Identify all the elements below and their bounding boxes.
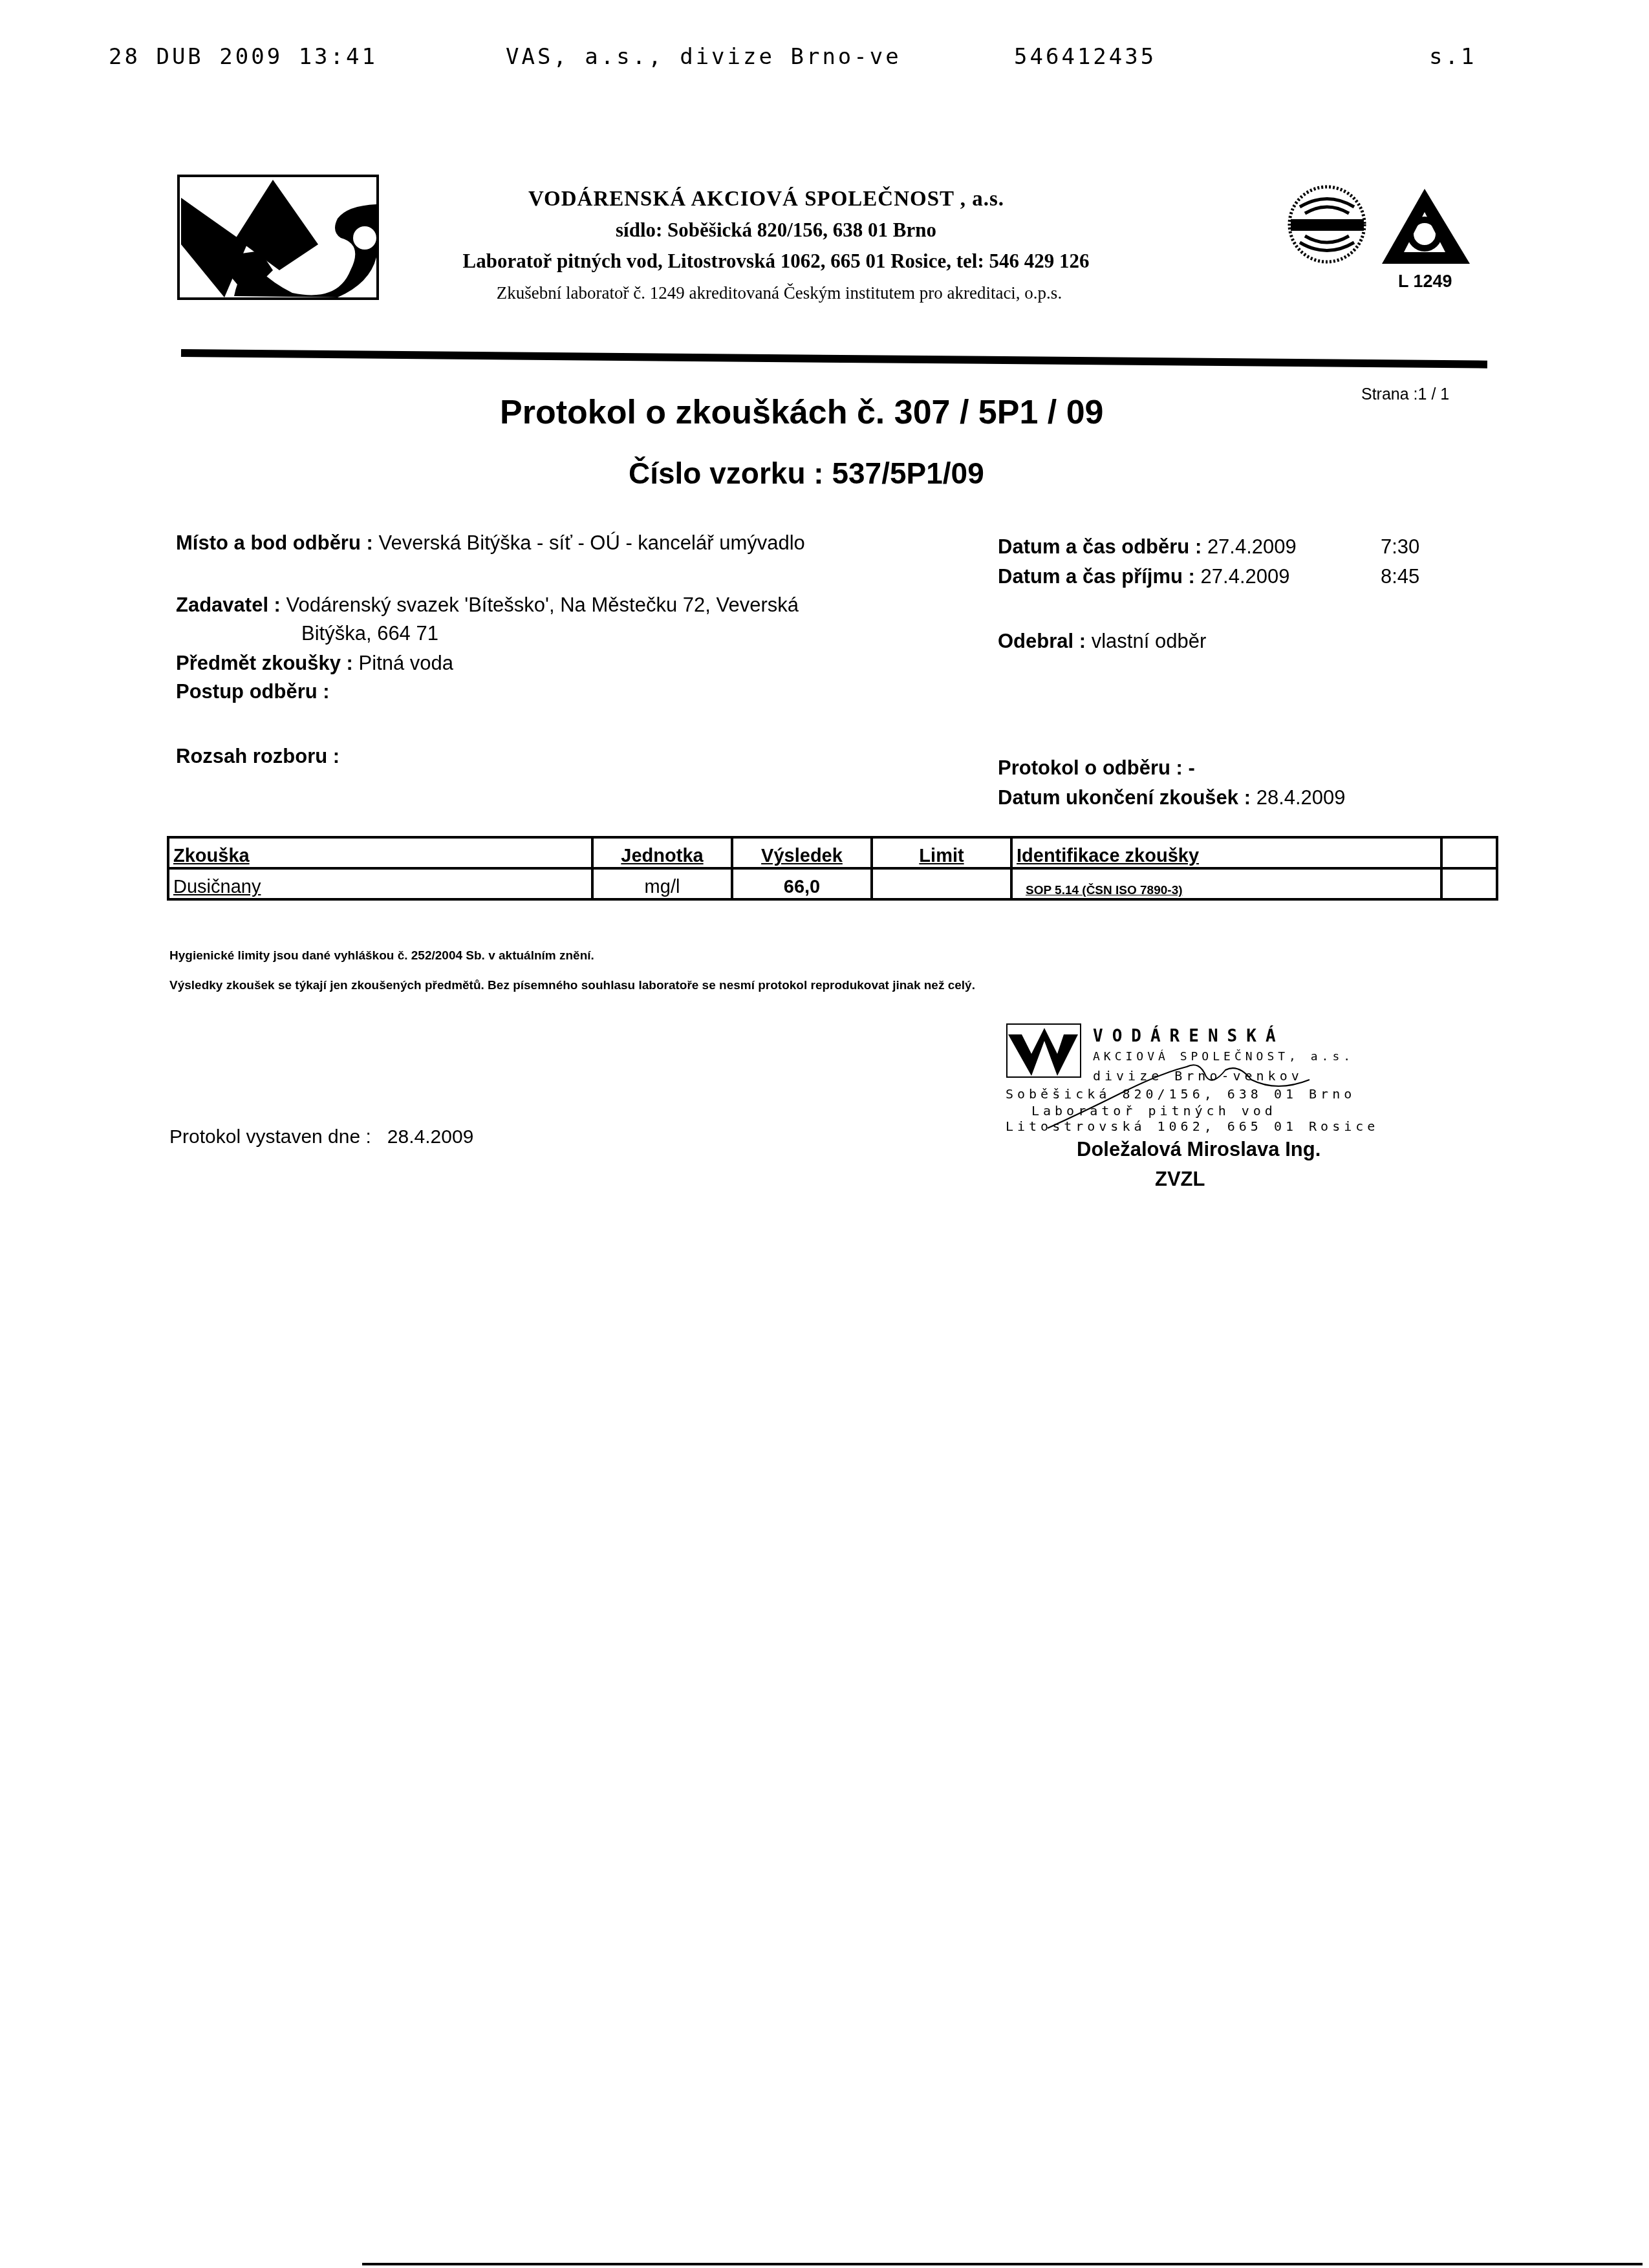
sampling-place: Místo a bod odběru : Veverská Bitýška - …: [176, 531, 805, 555]
header-unit: Jednotka: [592, 837, 732, 868]
test-subject: Předmět zkoušky : Pitná voda: [176, 652, 453, 675]
sampling-time: 7:30: [1381, 535, 1419, 559]
header-extra: [1441, 837, 1497, 868]
sampling-procedure: Postup odběru :: [176, 680, 330, 703]
fax-sender: VAS, a.s., divize Brno-ve: [506, 44, 901, 70]
hygiene-note: Hygienické limity jsou dané vyhláškou č.…: [169, 949, 594, 963]
sampling-protocol-label: Protokol o odběru :: [998, 756, 1183, 779]
fax-number: 546412435: [1014, 44, 1156, 70]
signatory-name: Doležalová Miroslava Ing.: [1077, 1138, 1320, 1161]
tests-end-date-label: Datum ukončení zkoušek :: [998, 786, 1251, 809]
receipt-datetime: Datum a čas příjmu : 27.4.2009: [998, 565, 1289, 588]
cell-extra: [1441, 868, 1497, 899]
cell-limit: [872, 868, 1011, 899]
cell-result: 66,0: [732, 868, 872, 899]
signatory-role: ZVZL: [1155, 1168, 1205, 1191]
disclaimer-note: Výsledky zkoušek se týkají jen zkoušenýc…: [169, 979, 975, 993]
cell-test: Dusičnany: [168, 868, 592, 899]
analysis-scope-label: Rozsah rozboru :: [176, 745, 339, 767]
lab-code: L 1249: [1398, 272, 1452, 292]
cell-test-id: SOP 5.14 (ČSN ISO 7890-3): [1011, 868, 1441, 899]
header-test-id: Identifikace zkoušky: [1011, 837, 1441, 868]
lab-stamp: VODÁRENSKÁ AKCIOVÁ SPOLEČNOST, a.s. divi…: [1006, 1022, 1394, 1151]
fax-datetime: 28 DUB 2009 13:41: [109, 44, 378, 70]
analysis-scope: Rozsah rozboru :: [176, 745, 339, 768]
issued-value: 28.4.2009: [387, 1126, 473, 1148]
fax-page: s.1: [1429, 44, 1476, 70]
sampling-procedure-label: Postup odběru :: [176, 680, 330, 703]
sampling-protocol-value: -: [1189, 756, 1195, 779]
sampling-datetime-label: Datum a čas odběru :: [998, 535, 1202, 558]
tests-end-date-value: 28.4.2009: [1256, 786, 1346, 809]
page-indicator: Strana :1 / 1: [1361, 385, 1449, 404]
header-divider: [181, 349, 1487, 369]
sampling-place-value: Veverská Bitýška - síť - OÚ - kancelář u…: [378, 531, 804, 554]
sampling-protocol: Protokol o odběru : -: [998, 756, 1195, 780]
signature-icon: [1044, 1041, 1316, 1131]
header-result: Výsledek: [732, 837, 872, 868]
accreditation-seal-icon: [1287, 184, 1368, 265]
protocol-title: Protokol o zkouškách č. 307 / 5P1 / 09: [500, 393, 1104, 432]
tests-end-date: Datum ukončení zkoušek : 28.4.2009: [998, 786, 1346, 809]
test-subject-value: Pitná voda: [359, 652, 454, 674]
sampling-datetime: Datum a čas odběru : 27.4.2009: [998, 535, 1297, 559]
client-value: Vodárenský svazek 'Bítešsko', Na Městečk…: [286, 594, 799, 616]
table-row: Dusičnany mg/l 66,0 SOP 5.14 (ČSN ISO 78…: [168, 868, 1497, 899]
cell-unit: mg/l: [592, 868, 732, 899]
results-table: Zkouška Jednotka Výsledek Limit Identifi…: [167, 836, 1498, 901]
header-limit: Limit: [872, 837, 1011, 868]
issued-date: Protokol vystaven dne : 28.4.2009: [169, 1126, 473, 1148]
client-label: Zadavatel :: [176, 594, 281, 616]
issued-label: Protokol vystaven dne :: [169, 1126, 371, 1148]
sample-number: Číslo vzorku : 537/5P1/09: [629, 456, 984, 491]
receipt-time: 8:45: [1381, 565, 1419, 588]
sampling-place-label: Místo a bod odběru :: [176, 531, 373, 554]
test-subject-label: Předmět zkoušky :: [176, 652, 353, 674]
receipt-datetime-label: Datum a čas příjmu :: [998, 565, 1195, 588]
table-header-row: Zkouška Jednotka Výsledek Limit Identifi…: [168, 837, 1497, 868]
sampler: Odebral : vlastní odběr: [998, 630, 1206, 653]
sampling-date: 27.4.2009: [1207, 535, 1297, 558]
scan-edge: [362, 2263, 1643, 2265]
sampler-label: Odebral :: [998, 630, 1086, 652]
receipt-date: 27.4.2009: [1201, 565, 1290, 588]
cia-triangle-icon: [1381, 187, 1471, 265]
header-test: Zkouška: [168, 837, 592, 868]
client: Zadavatel : Vodárenský svazek 'Bítešsko'…: [176, 594, 799, 617]
client-value-line2: Bitýška, 664 71: [301, 622, 438, 645]
sampler-value: vlastní odběr: [1092, 630, 1207, 652]
